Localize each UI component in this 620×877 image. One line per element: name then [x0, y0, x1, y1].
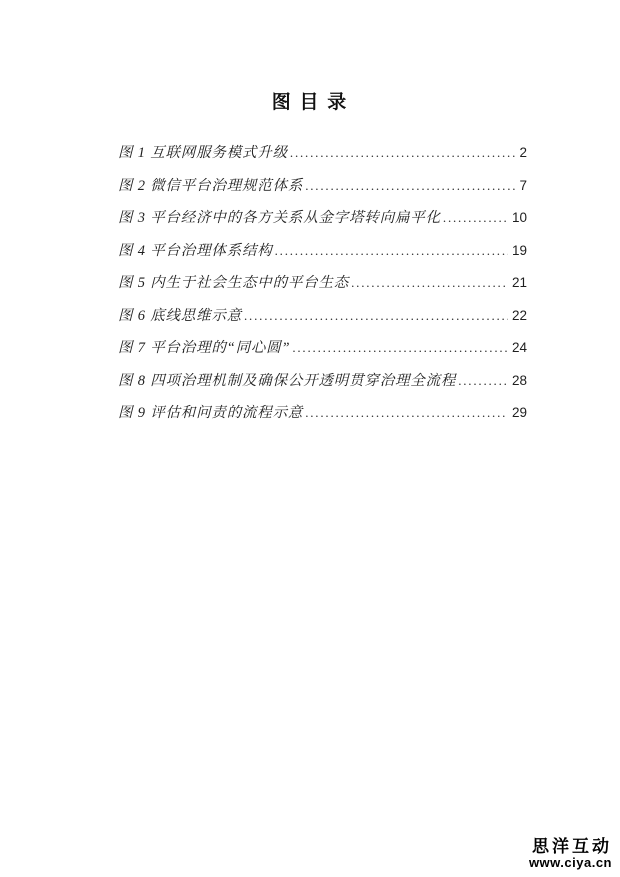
toc-entry-page-number: 28: [512, 365, 527, 398]
toc-entry-label: 图 7 平台治理的“同心圆”: [118, 332, 290, 365]
dot-leader: ........................................…: [244, 300, 508, 333]
toc-entry-label: 图 5 内生于社会生态中的平台生态: [118, 267, 349, 300]
toc-entry-label: 图 2 微信平台治理规范体系: [118, 170, 303, 203]
toc-entry-label: 图 1 互联网服务模式升级: [118, 137, 288, 170]
toc-entry: 图 8 四项治理机制及确保公开透明贯穿治理全流程 ...............…: [118, 365, 527, 398]
toc-entry-page-number: 24: [512, 332, 527, 365]
toc-entry: 图 4 平台治理体系结构 ...........................…: [118, 235, 527, 268]
toc-entry: 图 5 内生于社会生态中的平台生态 ......................…: [118, 267, 527, 300]
watermark: 思洋互动 www.ciya.cn: [529, 838, 612, 869]
toc-entry: 图 3 平台经济中的各方关系从金字塔转向扁平化 ................…: [118, 202, 527, 235]
toc-entry-label: 图 3 平台经济中的各方关系从金字塔转向扁平化: [118, 202, 441, 235]
toc-entry-label: 图 8 四项治理机制及确保公开透明贯穿治理全流程: [118, 365, 456, 398]
dot-leader: ........................................…: [351, 267, 508, 300]
toc-list: 图 1 互联网服务模式升级 ..........................…: [118, 137, 527, 430]
toc-entry: 图 2 微信平台治理规范体系 .........................…: [118, 170, 527, 203]
toc-entry-page-number: 10: [512, 202, 527, 235]
dot-leader: ........................................…: [292, 332, 508, 365]
dot-leader: ........................................…: [275, 235, 508, 268]
dot-leader: ........................................…: [305, 170, 515, 203]
toc-entry-page-number: 19: [512, 235, 527, 268]
toc-entry-page-number: 22: [512, 300, 527, 333]
toc-entry: 图 9 评估和问责的流程示意 .........................…: [118, 397, 527, 430]
toc-entry-page-number: 21: [512, 267, 527, 300]
toc-entry-page-number: 2: [519, 137, 527, 170]
toc-entry-label: 图 6 底线思维示意: [118, 300, 242, 333]
dot-leader: ........................................…: [443, 202, 508, 235]
document-page: 图 目 录 图 1 互联网服务模式升级 ....................…: [0, 0, 620, 877]
toc-entry-label: 图 9 评估和问责的流程示意: [118, 397, 303, 430]
dot-leader: ........................................…: [458, 365, 508, 398]
toc-entry: 图 7 平台治理的“同心圆” .........................…: [118, 332, 527, 365]
toc-entry-page-number: 7: [519, 170, 527, 203]
toc-entry: 图 6 底线思维示意 .............................…: [118, 300, 527, 333]
toc-entry: 图 1 互联网服务模式升级 ..........................…: [118, 137, 527, 170]
dot-leader: ........................................…: [305, 397, 508, 430]
watermark-brand: 思洋互动: [529, 838, 612, 855]
toc-entry-page-number: 29: [512, 397, 527, 430]
watermark-url: www.ciya.cn: [529, 856, 612, 869]
dot-leader: ........................................…: [290, 137, 516, 170]
toc-entry-label: 图 4 平台治理体系结构: [118, 235, 273, 268]
figure-toc-title: 图 目 录: [0, 0, 620, 113]
